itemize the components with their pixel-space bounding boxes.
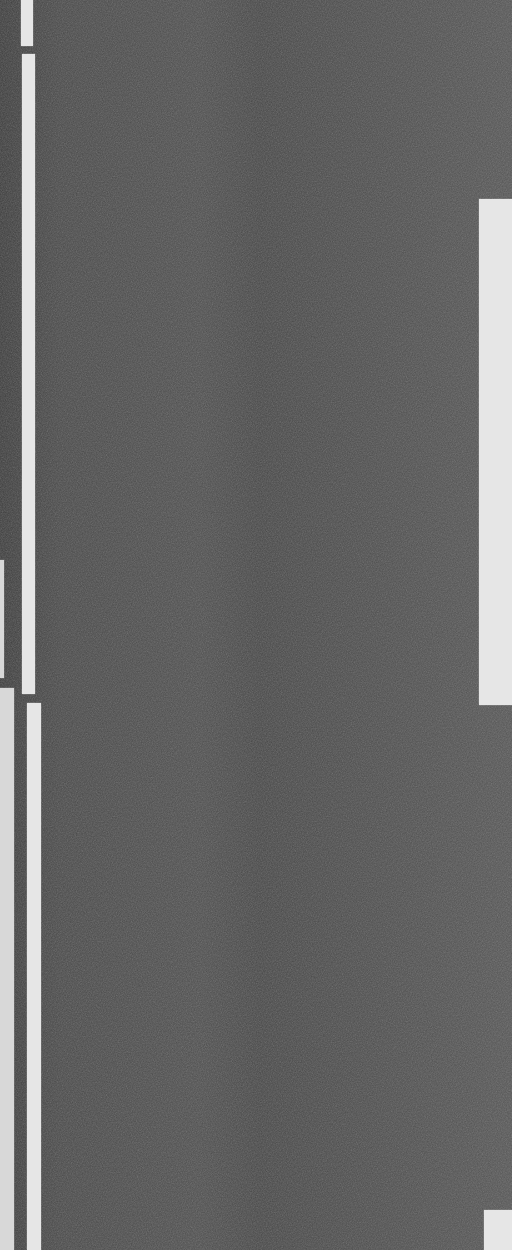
left-lane-line-upper bbox=[22, 54, 35, 694]
left-edge-line-upper bbox=[0, 560, 4, 678]
asphalt-texture bbox=[0, 0, 512, 1250]
left-edge-line-lower bbox=[0, 688, 14, 1250]
road-scene bbox=[0, 0, 512, 1250]
right-lane-dash-2 bbox=[484, 1210, 512, 1250]
left-lane-line-lower bbox=[27, 703, 41, 1250]
right-lane-dash-1 bbox=[479, 199, 512, 705]
left-lane-line-top-segment bbox=[21, 0, 33, 46]
